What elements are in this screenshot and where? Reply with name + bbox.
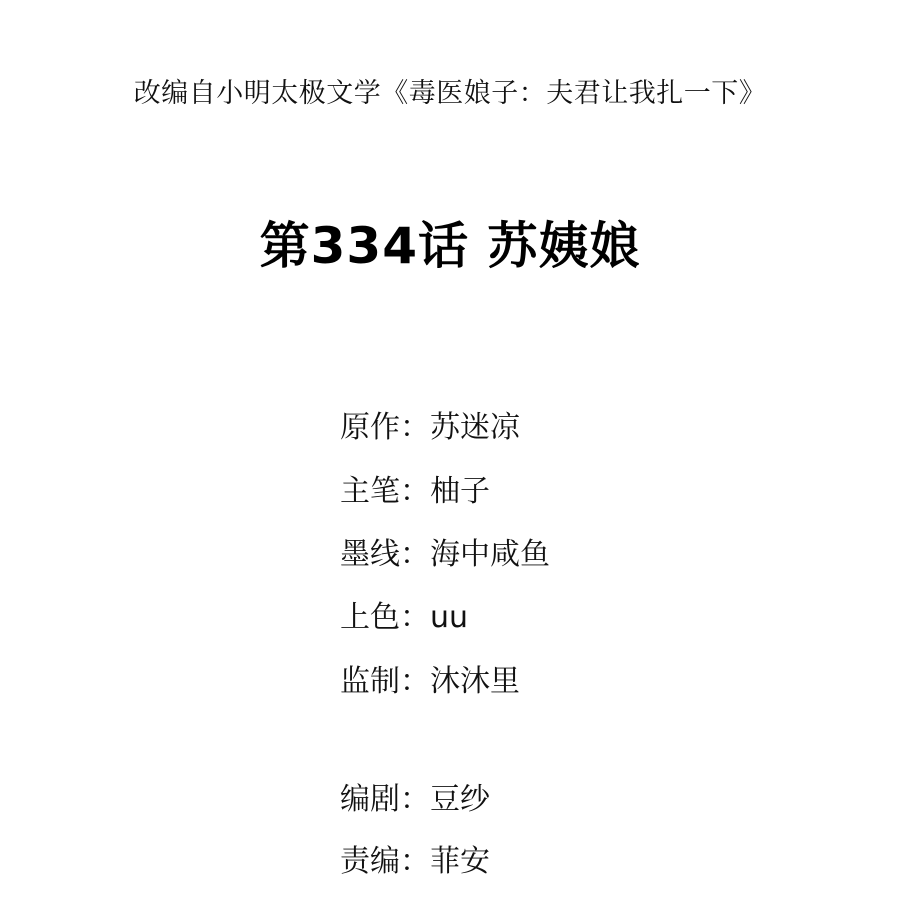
credit-role: 责编： bbox=[340, 842, 430, 882]
credit-role: 上色： bbox=[340, 598, 430, 638]
chapter-title: 第334话 苏姨娘 bbox=[0, 214, 900, 278]
credit-name: 豆纱 bbox=[430, 780, 490, 820]
credit-name: 柚子 bbox=[430, 472, 490, 512]
credit-role: 墨线： bbox=[340, 535, 430, 575]
credit-colorist: 上色：uu bbox=[340, 598, 468, 638]
credit-name: 菲安 bbox=[430, 842, 490, 882]
credit-role: 监制： bbox=[340, 662, 430, 702]
credit-role: 主笔： bbox=[340, 472, 430, 512]
credit-supervisor: 监制：沐沐里 bbox=[340, 662, 520, 702]
credit-role: 原作： bbox=[340, 408, 430, 448]
credit-inker: 墨线：海中咸鱼 bbox=[340, 535, 550, 575]
source-attribution: 改编自小明太极文学《毒医娘子：夫君让我扎一下》 bbox=[0, 74, 900, 114]
credit-name: uu bbox=[430, 598, 468, 638]
credit-lead-artist: 主笔：柚子 bbox=[340, 472, 490, 512]
credit-name: 海中咸鱼 bbox=[430, 535, 550, 575]
credit-editor: 责编：菲安 bbox=[340, 842, 490, 882]
credit-name: 苏迷凉 bbox=[430, 408, 520, 448]
credit-screenwriter: 编剧：豆纱 bbox=[340, 780, 490, 820]
credit-original-author: 原作：苏迷凉 bbox=[340, 408, 520, 448]
credit-role: 编剧： bbox=[340, 780, 430, 820]
credit-name: 沐沐里 bbox=[430, 662, 520, 702]
